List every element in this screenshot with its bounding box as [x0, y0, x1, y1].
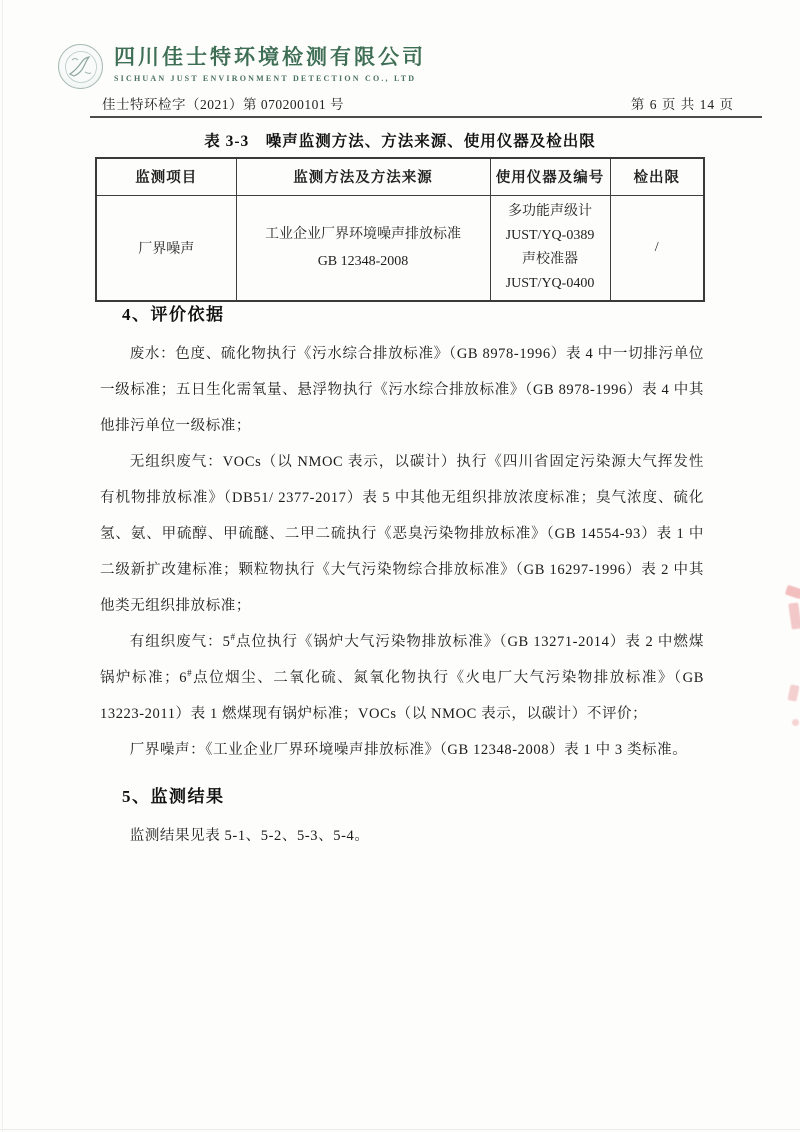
scan-edge-left: [2, 0, 3, 1132]
monitored-item-cell: 厂界噪声: [96, 195, 236, 301]
company-logo-icon: [58, 44, 103, 89]
organized-seg-1: 有组织废气：5: [130, 634, 231, 650]
instrument-name-2: 声校准器: [493, 248, 608, 272]
paragraph-boundary-noise: 厂界噪声：《工业企业厂界环境噪声排放标准》（GB 12348-2008）表 1 …: [100, 732, 704, 768]
table-row: 厂界噪声 工业企业厂界环境噪声排放标准 GB 12348-2008 多功能声级计…: [96, 195, 704, 301]
column-header-item: 监测项目: [96, 158, 236, 195]
page-meta-row: 佳士特环检字（2021）第 070200101 号 第 6 页 共 14 页: [90, 93, 762, 113]
instrument-name-1: 多功能声级计: [493, 200, 608, 224]
noise-monitoring-table: 监测项目 监测方法及方法来源 使用仪器及编号 检出限 厂界噪声 工业企业厂界环境…: [95, 157, 705, 302]
brand-block: 四川佳士特环境检测有限公司 SICHUAN JUST ENVIRONMENT D…: [114, 44, 426, 83]
document-number: 佳士特环检字（2021）第 070200101 号: [90, 93, 344, 113]
method-standard-code: GB 12348-2008: [239, 248, 488, 275]
report-header: 四川佳士特环境检测有限公司 SICHUAN JUST ENVIRONMENT D…: [58, 44, 426, 89]
company-name-english: SICHUAN JUST ENVIRONMENT DETECTION CO., …: [114, 74, 426, 83]
section-5-heading: 5、监测结果: [122, 784, 704, 810]
report-body: 4、评价依据 废水：色度、硫化物执行《污水综合排放标准》（GB 8978-199…: [100, 302, 704, 854]
column-header-detection-limit: 检出限: [610, 158, 704, 195]
instrument-cell: 多功能声级计 JUST/YQ-0389 声校准器 JUST/YQ-0400: [490, 195, 610, 301]
table-header-row: 监测项目 监测方法及方法来源 使用仪器及编号 检出限: [96, 158, 704, 195]
instrument-code-2: JUST/YQ-0400: [493, 272, 608, 296]
paragraph-monitoring-results: 监测结果见表 5-1、5-2、5-3、5-4。: [100, 818, 704, 854]
page-indicator: 第 6 页 共 14 页: [631, 93, 762, 113]
detection-limit-cell: /: [610, 195, 704, 301]
crane-emblem-icon: [64, 50, 98, 84]
paragraph-organized-emissions: 有组织废气：5#点位执行《锅炉大气污染物排放标准》（GB 13271-2014）…: [100, 624, 704, 732]
column-header-method: 监测方法及方法来源: [236, 158, 490, 195]
method-cell: 工业企业厂界环境噪声排放标准 GB 12348-2008: [236, 195, 490, 301]
column-header-instrument: 使用仪器及编号: [490, 158, 610, 195]
paragraph-wastewater: 废水：色度、硫化物执行《污水综合排放标准》（GB 8978-1996）表 4 中…: [100, 336, 704, 444]
table-title: 表 3-3 噪声监测方法、方法来源、使用仪器及检出限: [95, 129, 705, 151]
method-standard-name: 工业企业厂界环境噪声排放标准: [239, 221, 488, 248]
header-divider: [90, 116, 762, 118]
instrument-code-1: JUST/YQ-0389: [493, 224, 608, 248]
company-name: 四川佳士特环境检测有限公司: [114, 44, 426, 70]
document-page: 四川佳士特环境检测有限公司 SICHUAN JUST ENVIRONMENT D…: [0, 0, 800, 1132]
scan-edge-bottom: [0, 1129, 800, 1130]
section-4-heading: 4、评价依据: [122, 302, 704, 328]
red-stamp-artifact: [778, 583, 800, 733]
paragraph-fugitive-emissions: 无组织废气：VOCs（以 NMOC 表示，以碳计）执行《四川省固定污染源大气挥发…: [100, 444, 704, 624]
